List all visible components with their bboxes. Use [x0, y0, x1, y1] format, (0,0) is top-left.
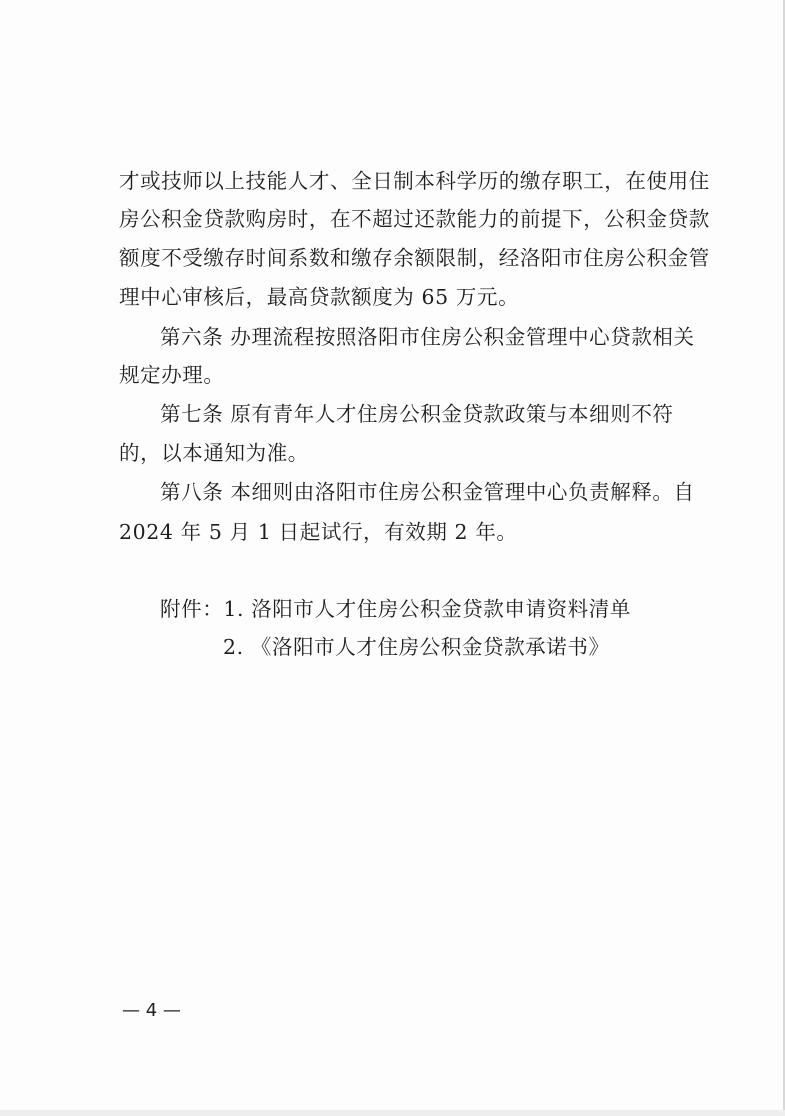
article-6-line: 规定办理。: [119, 363, 679, 387]
scan-edge: [0, 1110, 785, 1116]
paragraph-line: 才或技师以上技能人才、全日制本科学历的缴存职工，在使用住: [119, 169, 679, 193]
page-number: — 4 —: [122, 1000, 181, 1021]
attachments-label: 附件：: [160, 597, 223, 621]
article-7-line: 的，以本通知为准。: [119, 441, 679, 465]
paragraph-line: 额度不受缴存时间系数和缴存余额限制，经洛阳市住房公积金管: [119, 246, 679, 270]
attachment-item: 1. 洛阳市人才住房公积金贷款申请资料清单: [223, 597, 631, 621]
article-6-line: 第六条 办理流程按照洛阳市住房公积金管理中心贷款相关: [160, 325, 720, 349]
paragraph-line: 房公积金贷款购房时，在不超过还款能力的前提下，公积金贷款: [119, 207, 679, 231]
article-8-line: 第八条 本细则由洛阳市住房公积金管理中心负责解释。自: [160, 480, 720, 504]
attachment-item: 2. 《洛阳市人才住房公积金贷款承诺书》: [223, 635, 783, 659]
article-8-line: 2024 年 5 月 1 日起试行，有效期 2 年。: [119, 520, 679, 544]
attachments: 附件：1. 洛阳市人才住房公积金贷款申请资料清单: [160, 597, 720, 621]
paragraph-line: 理中心审核后，最高贷款额度为 65 万元。: [119, 285, 679, 309]
document-page: 才或技师以上技能人才、全日制本科学历的缴存职工，在使用住 房公积金贷款购房时，在…: [0, 0, 785, 1116]
article-7-line: 第七条 原有青年人才住房公积金贷款政策与本细则不符: [160, 402, 720, 426]
